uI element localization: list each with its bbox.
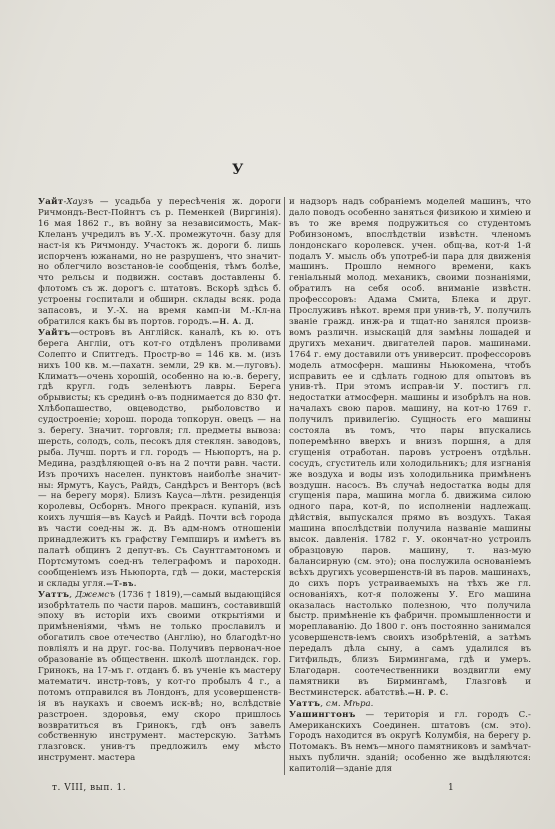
right-column: и надзоръ надъ собраніемъ моделей машинъ… — [289, 197, 531, 775]
entry-headword: Уаттъ — [38, 590, 69, 600]
volume-label: т. VIII, вып. 1. — [52, 783, 126, 793]
entry-white-house: Уайт-Хаузъ — усадьба у пересѣченія ж. до… — [38, 197, 281, 328]
entry-headword: Уайтъ — [38, 328, 70, 338]
encyclopedia-page: У Уайт-Хаузъ — усадьба у пересѣченія ж. … — [0, 0, 555, 829]
entry-james-watt: Уаттъ, Джемсъ (1736 † 1819),—самый выдаю… — [38, 590, 281, 765]
entry-headword-suffix: , Джемсъ — [69, 590, 115, 600]
entry-signature: —Н. А. Д. — [212, 317, 254, 326]
entry-headword-suffix: -Хаузъ — [63, 197, 93, 207]
entry-james-watt-continued: и надзоръ надъ собраніемъ моделей машинъ… — [289, 197, 531, 699]
entry-watt-unit: Уаттъ, см. Мѣра. — [289, 699, 531, 710]
entry-signature: —Н. Р. С. — [408, 688, 449, 697]
entry-headword: Уайт — [38, 197, 63, 207]
entry-cross-reference: , см. Мѣра. — [320, 699, 373, 709]
entry-text: и надзоръ надъ собраніемъ моделей машинъ… — [289, 197, 531, 698]
entry-headword: Уаттъ — [289, 699, 320, 709]
column-divider — [284, 197, 285, 775]
entry-isle-of-wight: Уайтъ—островъ въ Англійск. каналѣ, къ ю.… — [38, 328, 281, 590]
entry-headword: Уашингтонъ — [289, 710, 356, 720]
page-number: 1 — [448, 783, 454, 793]
entry-washington: Уашингтонъ — територія и гл. городъ С.-А… — [289, 710, 531, 775]
left-column: Уайт-Хаузъ — усадьба у пересѣченія ж. до… — [38, 197, 281, 764]
entry-signature: —Т-въ. — [106, 579, 137, 588]
entry-text: — усадьба у пересѣченія ж. дороги Ричмон… — [38, 197, 281, 327]
section-letter-heading: У — [232, 162, 243, 178]
entry-text: —островъ въ Англійск. каналѣ, къ ю. отъ … — [38, 328, 281, 589]
entry-text: (1736 † 1819),—самый выдающійся изобрѣта… — [38, 590, 281, 764]
